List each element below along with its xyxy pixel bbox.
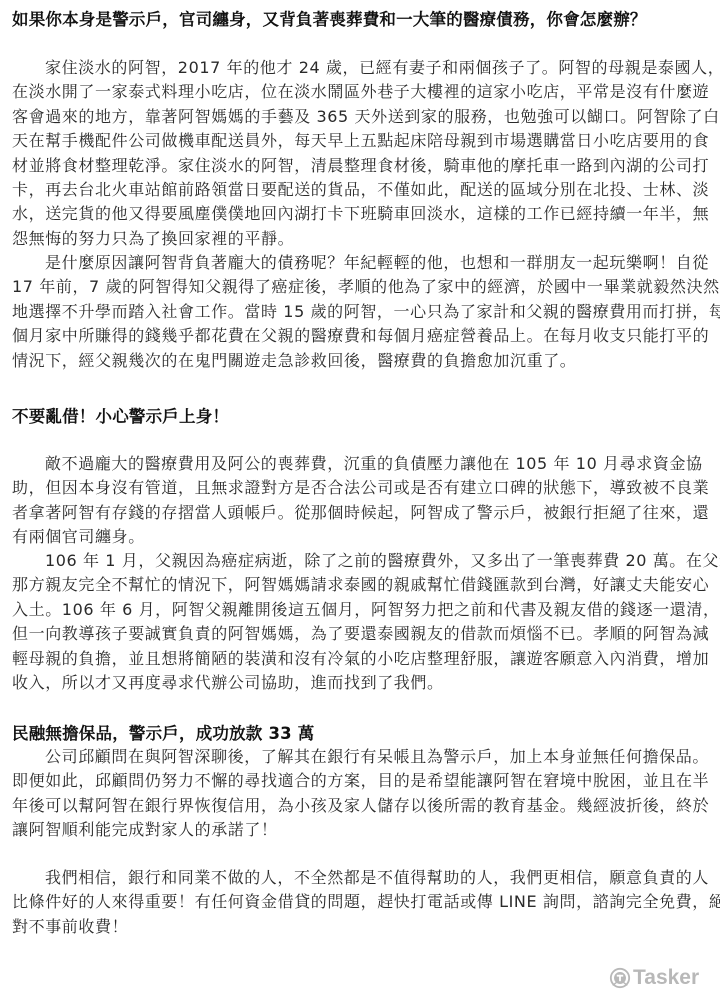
- text-line: 但一向教導孩子要誠實負責的阿智媽媽，為了要還泰國親友的借款而煩惱不已。孝順的阿智…: [12, 622, 712, 646]
- text-line: 天在幫手機配件公司做機車配送員外，每天早上五點起床陪母親到市場選購當日小吃店要用…: [12, 129, 712, 153]
- text-line: 有兩個官司纏身。: [12, 525, 712, 549]
- paragraph-section3-2: 我們相信，銀行和同業不做的人，不全然都是不值得幫助的人，我們更相信，願意負責的人…: [12, 866, 712, 939]
- text-line: 材並將食材整理乾淨。家住淡水的阿智，清晨整理食材後，騎車他的摩托車一路到內湖的公…: [12, 154, 712, 178]
- text-line: 個月家中所賺得的錢幾乎都花費在父親的醫療費和每個月癌症營養品上。在每月收支只能打…: [12, 324, 712, 348]
- text-line: 讓阿智順利能完成對家人的承諾了！: [12, 818, 712, 842]
- tasker-watermark: Tasker: [609, 966, 699, 990]
- text-line: 那方親友完全不幫忙的情況下，阿智媽媽請求泰國的親戚幫忙借錢匯款到台灣，好讓丈夫能…: [12, 573, 712, 597]
- paragraph-section2-2: 106 年 1 月，父親因為癌症病逝，除了之前的醫療費外，又多出了一筆喪葬費 2…: [12, 549, 712, 695]
- text-line: 入土。106 年 6 月，阿智父親離開後這五個月，阿智努力把之前和代書及親友借的…: [12, 598, 712, 622]
- paragraph-section3-1: 公司邱顧問在與阿智深聊後，了解其在銀行有呆帳且為警示戶，加上本身並無任何擔保品。…: [12, 745, 712, 843]
- text-line: 我們相信，銀行和同業不做的人，不全然都是不值得幫助的人，我們更相信，願意負責的人: [12, 866, 712, 890]
- text-line: 水，送完貨的他又得要風塵僕僕地回內湖打卡下班騎車回淡水，這樣的工作已經持續一年半…: [12, 202, 712, 226]
- text-line: 收入，所以才又再度尋求代辦公司協助，進而找到了我們。: [12, 671, 712, 695]
- tasker-brand-text: Tasker: [633, 966, 699, 990]
- paragraph-intro-1: 家住淡水的阿智，2017 年的他才 24 歲，已經有妻子和兩個孩子了。阿智的母親…: [12, 56, 712, 251]
- section-heading-success-loan: 民融無擔保品，警示戶，成功放款 33 萬: [12, 720, 314, 744]
- text-line: 106 年 1 月，父親因為癌症病逝，除了之前的醫療費外，又多出了一筆喪葬費 2…: [12, 549, 712, 573]
- text-line: 家住淡水的阿智，2017 年的他才 24 歲，已經有妻子和兩個孩子了。阿智的母親…: [12, 56, 712, 80]
- text-line: 比條件好的人來得重要！有任何資金借貸的問題，趕快打電話或傳 LINE 詢問，諮詢…: [12, 890, 712, 914]
- paragraph-intro-2: 是什麼原因讓阿智背負著龐大的債務呢？年紀輕輕的他，也想和一群朋友一起玩樂啊！自從…: [12, 251, 712, 373]
- text-line: 客會過來的地方，靠著阿智媽媽的手藝及 365 天外送到家的服務，也勉強可以餬口。…: [12, 105, 712, 129]
- document-title: 如果你本身是警示戶，官司纏身，又背負著喪葬費和一大筆的醫療債務，你會怎麼辦？: [12, 6, 647, 30]
- paragraph-section2-1: 敵不過龐大的醫療費用及阿公的喪葬費，沉重的負債壓力讓他在 105 年 10 月尋…: [12, 452, 712, 550]
- text-line: 卡，再去台北火車站館前路領當日要配送的貨品，不僅如此，配送的區域分別在北投、士林…: [12, 178, 712, 202]
- text-line: 助，但因本身沒有管道，且無求證對方是否合法公司或是否有建立口碑的狀態下，導致被不…: [12, 476, 712, 500]
- text-line: 者拿著阿智有存錢的存摺當人頭帳戶。從那個時候起，阿智成了警示戶，被銀行拒絕了往來…: [12, 501, 712, 525]
- text-line: 地選擇不升學而踏入社會工作。當時 15 歲的阿智，一心只為了家計和父親的醫療費用…: [12, 300, 712, 324]
- text-line: 情況下，經父親幾次的在鬼門關遊走急診救回後，醫療費的負擔愈加沉重了。: [12, 349, 712, 373]
- text-line: 對不事前收費！: [12, 915, 712, 939]
- text-line: 年後可以幫阿智在銀行界恢復信用，為小孩及家人儲存以後所需的教育基金。幾經波折後，…: [12, 794, 712, 818]
- text-line: 公司邱顧問在與阿智深聊後，了解其在銀行有呆帳且為警示戶，加上本身並無任何擔保品。: [12, 745, 712, 769]
- text-line: 輕母親的負擔，並且想將簡陋的裝潢和沒有冷氣的小吃店整理舒服，讓遊客願意入內消費，…: [12, 647, 712, 671]
- text-line: 敵不過龐大的醫療費用及阿公的喪葬費，沉重的負債壓力讓他在 105 年 10 月尋…: [12, 452, 712, 476]
- text-line: 怨無悔的努力只為了換回家裡的平靜。: [12, 227, 712, 251]
- text-line: 即便如此，邱顧問仍努力不懈的尋找適合的方案，目的是希望能讓阿智在窘境中脫困，並且…: [12, 769, 712, 793]
- text-line: 是什麼原因讓阿智背負著龐大的債務呢？年紀輕輕的他，也想和一群朋友一起玩樂啊！自從: [12, 251, 712, 275]
- text-line: 在淡水開了一家泰式料理小吃店，位在淡水鬧區外巷子大樓裡的這家小吃店，平常是沒有什…: [12, 80, 712, 104]
- text-line: 17 年前，7 歲的阿智得知父親得了癌症後，孝順的他為了家中的經濟，於國中一畢業…: [12, 275, 712, 299]
- tasker-logo-icon: [609, 967, 631, 989]
- section-heading-dont-borrow: 不要亂借！小心警示戶上身！: [12, 403, 229, 427]
